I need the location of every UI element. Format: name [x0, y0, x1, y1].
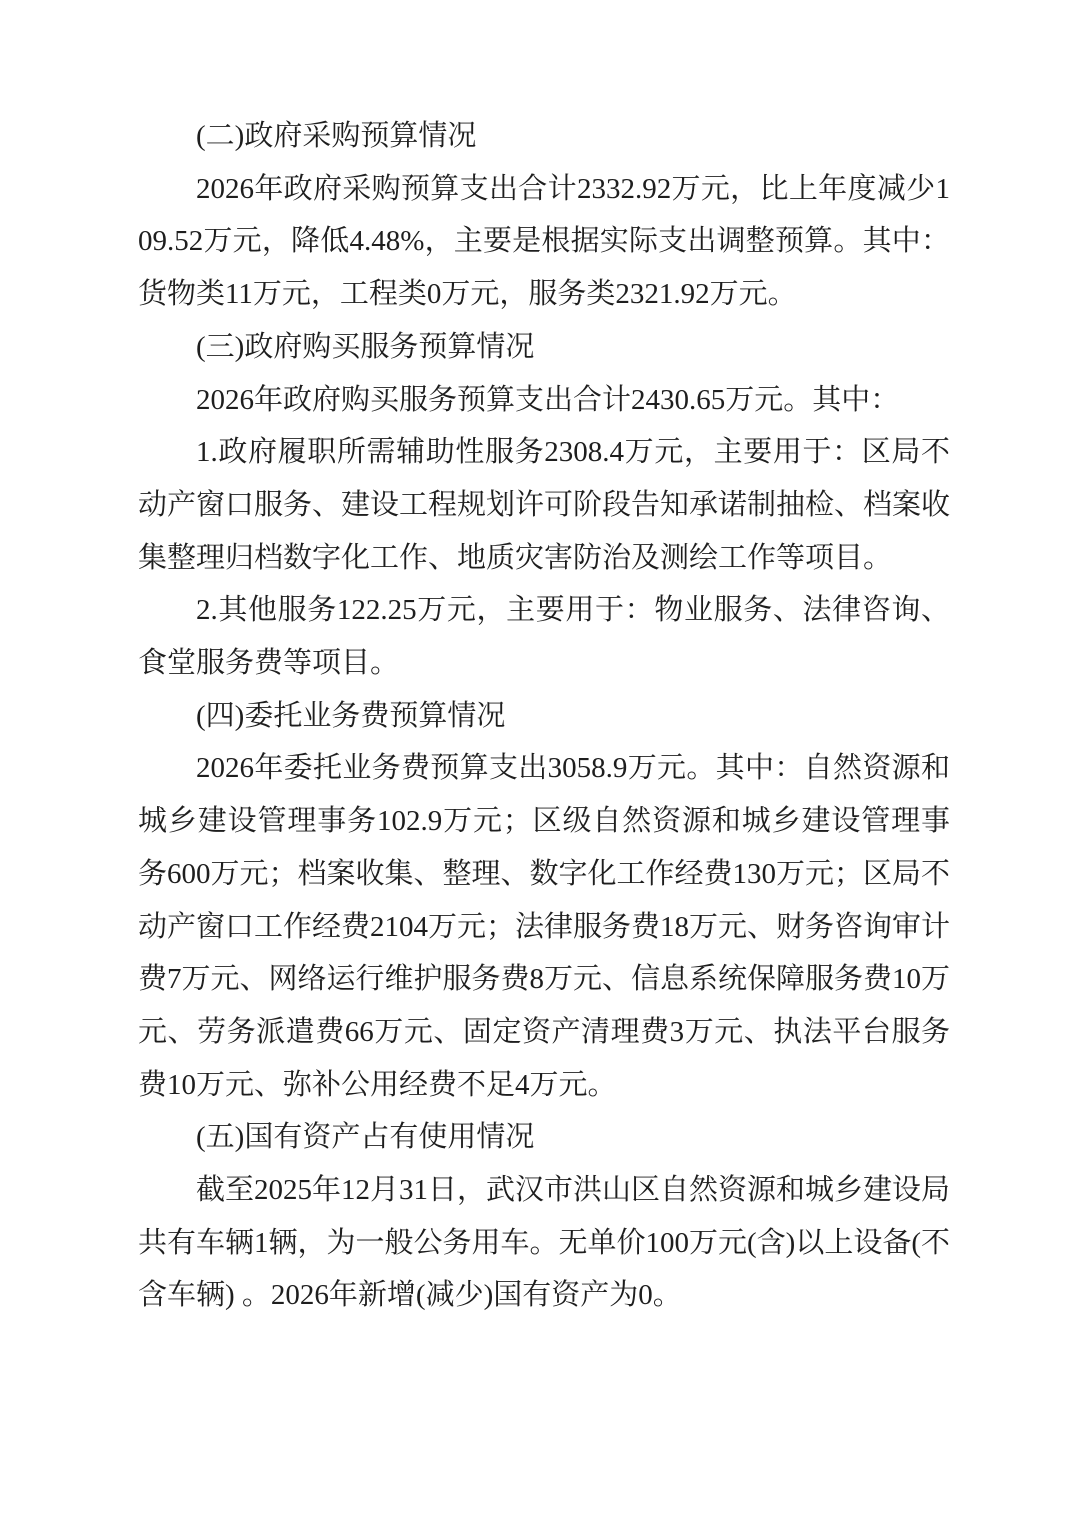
paragraph: 截至2025年12月31日，武汉市洪山区自然资源和城乡建设局共有车辆1辆，为一般…: [138, 1164, 950, 1322]
section-heading: (五)国有资产占有使用情况: [138, 1111, 950, 1164]
paragraph: 2026年政府采购预算支出合计2332.92万元，比上年度减少109.52万元，…: [138, 163, 950, 321]
section-heading: (四)委托业务费预算情况: [138, 690, 950, 743]
paragraph: 2.其他服务122.25万元，主要用于：物业服务、法律咨询、食堂服务费等项目。: [138, 584, 950, 689]
paragraph: 1.政府履职所需辅助性服务2308.4万元，主要用于：区局不动产窗口服务、建设工…: [138, 426, 950, 584]
paragraph: 2026年政府购买服务预算支出合计2430.65万元。其中：: [138, 374, 950, 427]
section-heading: (三)政府购买服务预算情况: [138, 321, 950, 374]
document-body: (二)政府采购预算情况 2026年政府采购预算支出合计2332.92万元，比上年…: [138, 110, 950, 1322]
paragraph: 2026年委托业务费预算支出3058.9万元。其中：自然资源和城乡建设管理事务1…: [138, 742, 950, 1111]
section-heading: (二)政府采购预算情况: [138, 110, 950, 163]
page: (二)政府采购预算情况 2026年政府采购预算支出合计2332.92万元，比上年…: [0, 0, 1075, 1520]
